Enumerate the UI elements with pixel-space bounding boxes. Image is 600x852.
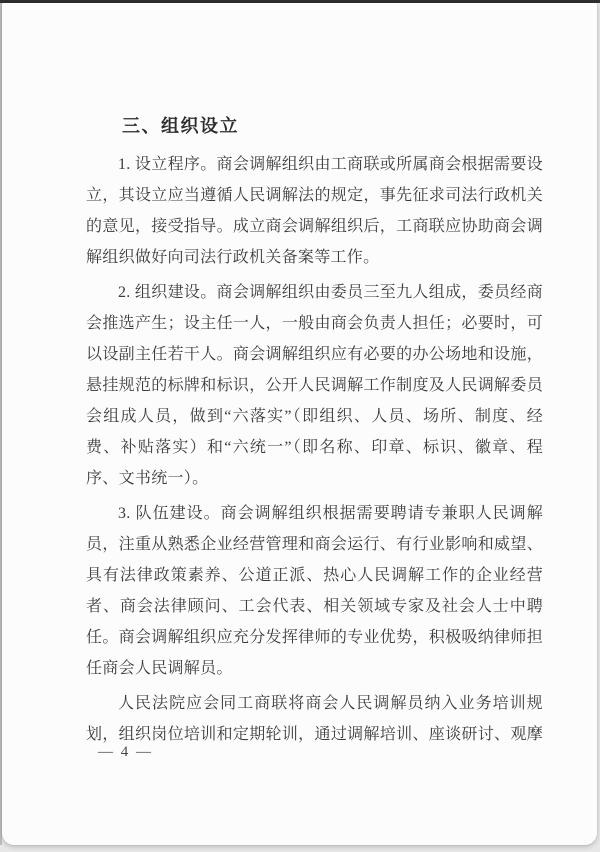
paragraph-establishment-procedure: 1. 设立程序。商会调解组织由工商联或所属商会根据需要设立，其设立应当遵循人民调… [86,149,543,273]
page-number: — 4 — [98,741,153,763]
scanned-document: 三、组织设立 1. 设立程序。商会调解组织由工商联或所属商会根据需要设立，其设立… [0,0,600,852]
paragraph-training-continued: 人民法院应会同工商联将商会人民调解员纳入业务培训规划，组织岗位培训和定期轮训，通… [86,688,543,750]
document-page: 三、组织设立 1. 设立程序。商会调解组织由工商联或所属商会根据需要设立，其设立… [2,3,597,845]
section-heading: 三、组织设立 [86,111,543,142]
paragraph-team-building: 3. 队伍建设。商会调解组织根据需要聘请专兼职人民调解员，注重从熟悉企业经营管理… [86,498,543,684]
paragraph-organization-building: 2. 组织建设。商会调解组织由委员三至九人组成，委员经商会推选产生；设主任一人，… [86,277,543,494]
document-body: 三、组织设立 1. 设立程序。商会调解组织由工商联或所属商会根据需要设立，其设立… [86,111,543,750]
